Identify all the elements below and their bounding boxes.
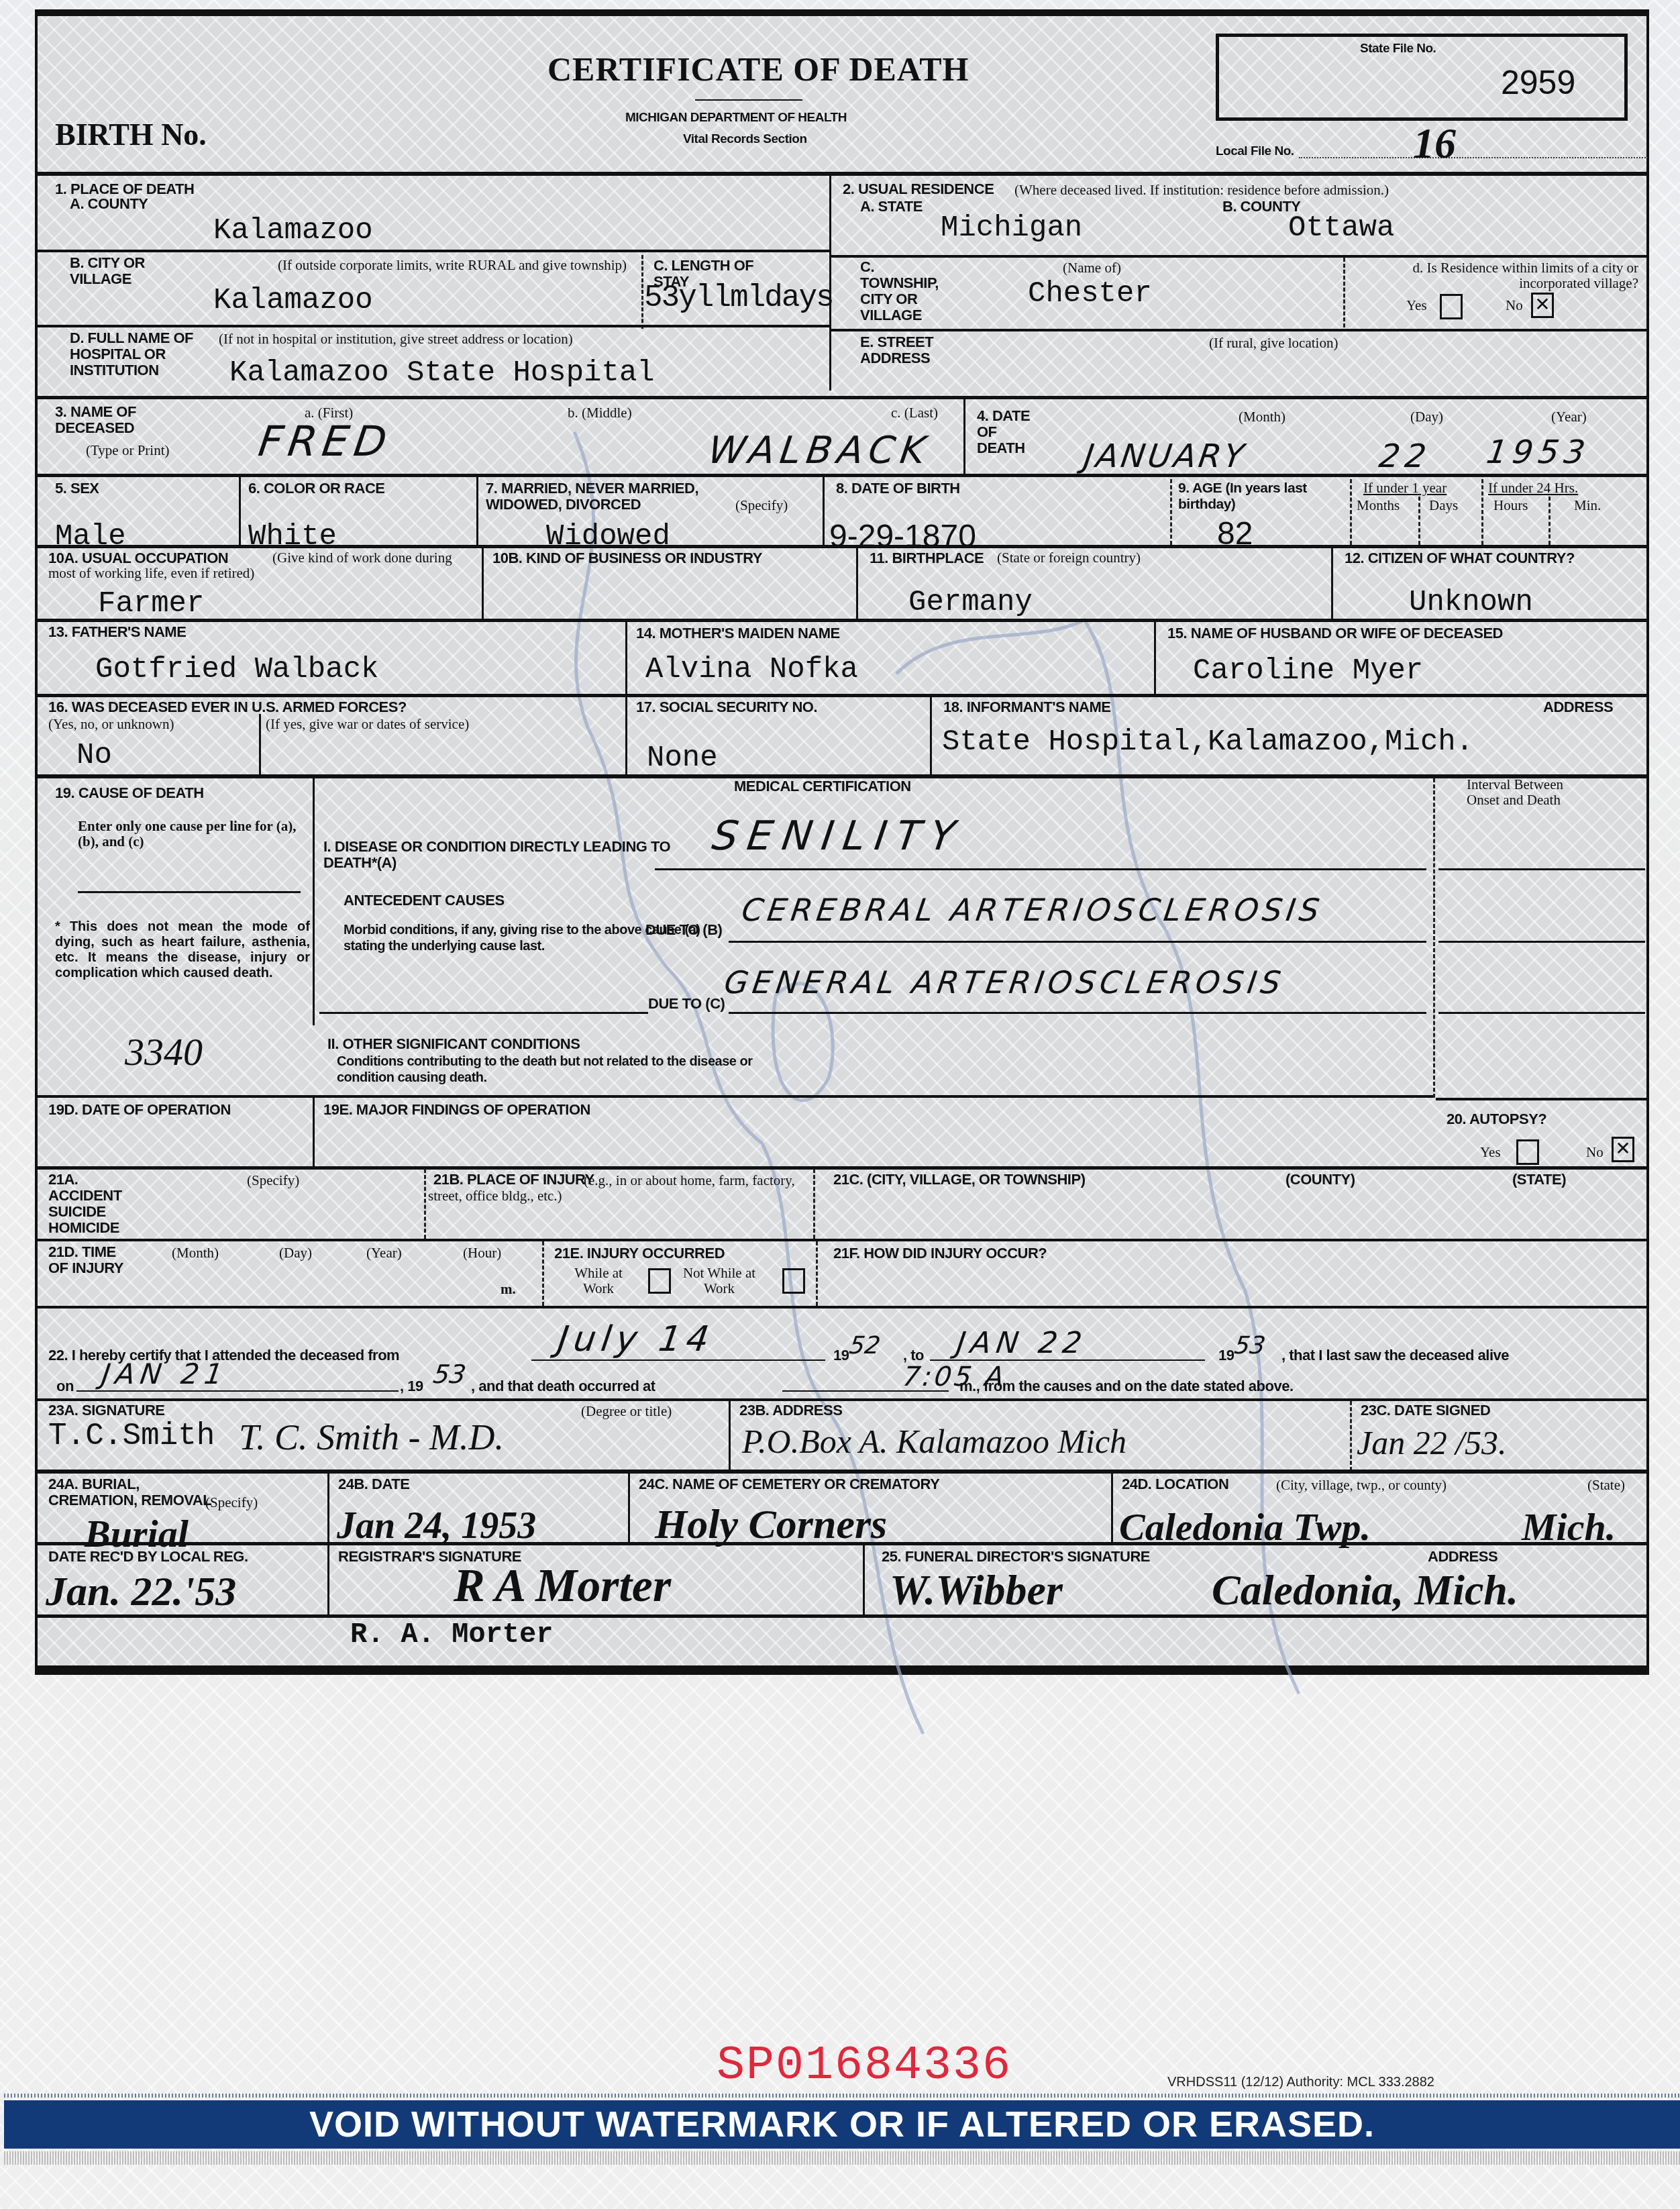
registrar-printed-name: R. A. Morter bbox=[350, 1619, 553, 1651]
divider bbox=[38, 250, 829, 252]
on-label: on bbox=[56, 1378, 74, 1394]
state-file-box: State File No. 2959 bbox=[1216, 34, 1628, 121]
divider bbox=[823, 476, 825, 545]
residence-county-value: Ottawa bbox=[1288, 212, 1394, 244]
burial-location-label: 24d. LOCATION bbox=[1122, 1476, 1228, 1492]
occupation-value: Farmer bbox=[98, 588, 204, 620]
hospital-label: d. FULL NAME OF HOSPITAL OR INSTITUTION bbox=[70, 330, 211, 378]
divider bbox=[856, 548, 858, 619]
cause-b-value: CEREBRAL ARTERIOSCLEROSIS bbox=[739, 891, 1326, 929]
injury-city-label: 21c. (CITY, VILLAGE, OR TOWNSHIP) bbox=[833, 1172, 1085, 1188]
divider bbox=[38, 619, 1646, 622]
title-underline bbox=[695, 99, 802, 101]
usual-residence-note: (Where deceased lived. If institution: r… bbox=[1014, 183, 1389, 198]
cause-c-value: GENERAL ARTERIOSCLEROSIS bbox=[722, 964, 1287, 1001]
dod-month-value: JANUARY bbox=[1082, 438, 1249, 475]
divider bbox=[963, 399, 965, 474]
divider bbox=[38, 1398, 1646, 1401]
date-of-birth-label: 8. DATE OF BIRTH bbox=[836, 480, 960, 497]
divider bbox=[38, 1614, 1646, 1618]
cause-c-line bbox=[729, 1012, 1426, 1014]
interval-label: Interval Between Onset and Death bbox=[1467, 777, 1587, 808]
birthplace-note: (State or foreign country) bbox=[997, 550, 1141, 566]
divider bbox=[38, 325, 829, 327]
department-name: MICHIGAN DEPARTMENT OF HEALTH bbox=[625, 110, 847, 126]
citizen-label: 12. CITIZEN OF WHAT COUNTRY? bbox=[1345, 550, 1575, 566]
divider bbox=[38, 1095, 1433, 1098]
divider bbox=[38, 694, 1646, 697]
signature-label: 23a. SIGNATURE bbox=[48, 1402, 165, 1419]
divider bbox=[641, 255, 643, 329]
months-label: Months bbox=[1357, 498, 1400, 513]
physician-signature: T. C. Smith - M.D. bbox=[239, 1417, 504, 1457]
spouse-name-label: 15. NAME OF HUSBAND OR WIFE OF DECEASED bbox=[1167, 625, 1503, 641]
registrar-signature: R A Morter bbox=[454, 1566, 671, 1606]
divider bbox=[38, 1470, 1646, 1474]
birthplace-label: 11. BIRTHPLACE bbox=[870, 550, 984, 566]
divider bbox=[829, 329, 1646, 331]
autopsy-no-checkbox[interactable]: ✕ bbox=[1612, 1137, 1634, 1162]
divider bbox=[729, 1401, 731, 1471]
accident-specify-note: (Specify) bbox=[247, 1173, 299, 1188]
divider bbox=[1343, 258, 1345, 327]
informant-name-label: 18. INFORMANT'S NAME bbox=[943, 699, 1110, 715]
from-date-line bbox=[531, 1359, 825, 1361]
cemetery-label: 24c. NAME OF CEMETERY OR CREMATORY bbox=[639, 1476, 939, 1492]
under-24-hrs-label: If under 24 Hrs. bbox=[1488, 480, 1578, 496]
burial-date-label: 24b. DATE bbox=[338, 1476, 409, 1492]
section-name: Vital Records Section bbox=[683, 132, 807, 148]
divider bbox=[38, 1542, 1646, 1545]
funeral-address-label: ADDRESS bbox=[1428, 1549, 1498, 1565]
divider bbox=[628, 1472, 630, 1542]
not-while-at-work-label: Not While at Work bbox=[679, 1266, 759, 1296]
to-year-value: 53 bbox=[1232, 1327, 1268, 1365]
cause-c-leader-line bbox=[319, 1012, 648, 1014]
degree-title-label: (Degree or title) bbox=[581, 1404, 672, 1419]
divider bbox=[259, 714, 261, 776]
due-to-c-label: DUE TO (c) bbox=[648, 996, 725, 1012]
divider bbox=[1170, 479, 1172, 545]
burial-location-value: Caledonia Twp. bbox=[1119, 1507, 1371, 1547]
interval-b-line bbox=[1438, 941, 1645, 943]
funeral-address-value: Caledonia, Mich. bbox=[1212, 1570, 1518, 1610]
place-of-injury-note: (e.g., in or about home, farm, factory, … bbox=[428, 1173, 804, 1204]
divider bbox=[38, 474, 1646, 477]
divider bbox=[1350, 1401, 1352, 1471]
informant-value: State Hospital,Kalamazoo,Mich. bbox=[942, 726, 1473, 758]
other-conditions-note: Conditions contributing to the death but… bbox=[337, 1054, 793, 1086]
under-1-year-label: If under 1 year bbox=[1363, 480, 1447, 496]
divider bbox=[863, 1545, 865, 1614]
race-label: 6. COLOR OR RACE bbox=[248, 480, 384, 497]
last-name-label: c. (Last) bbox=[891, 405, 938, 421]
divider bbox=[327, 1545, 329, 1614]
medical-certification-heading: MEDICAL CERTIFICATION bbox=[734, 778, 911, 794]
divider bbox=[930, 697, 932, 776]
cause-b-line bbox=[729, 941, 1426, 943]
microprint-line bbox=[4, 2151, 1680, 2165]
injury-month-label: (Month) bbox=[172, 1245, 219, 1261]
while-at-work-checkbox[interactable] bbox=[648, 1268, 671, 1294]
form-authority-number: VRHDSS11 (12/12) Authority: MCL 333.2882 bbox=[1167, 2075, 1434, 2090]
divider bbox=[1433, 778, 1435, 1098]
last-seen-value: JAN 21 bbox=[99, 1355, 230, 1393]
township-value: Chester bbox=[1028, 278, 1152, 310]
time-of-injury-label: 21d. TIME OF INJURY bbox=[48, 1244, 129, 1276]
autopsy-yes-label: Yes bbox=[1480, 1145, 1501, 1160]
last-seen-year-value: 53 bbox=[431, 1355, 468, 1393]
divider bbox=[38, 545, 1646, 548]
residence-state-value: Michigan bbox=[941, 212, 1082, 244]
cause-of-death-label: 19. CAUSE OF DEATH bbox=[55, 785, 204, 801]
antecedent-causes-label: ANTECEDENT CAUSES bbox=[344, 892, 505, 909]
divider bbox=[239, 476, 241, 545]
street-address-note: (If rural, give location) bbox=[1209, 336, 1338, 351]
last-seen-year-prefix: , 19 bbox=[400, 1378, 423, 1394]
mother-name-label: 14. MOTHER'S MAIDEN NAME bbox=[636, 625, 840, 641]
injury-county-label: (COUNTY) bbox=[1285, 1172, 1355, 1188]
within-limits-yes-checkbox[interactable] bbox=[1440, 294, 1463, 319]
local-file-label: Local File No. bbox=[1216, 144, 1294, 160]
divider bbox=[38, 396, 1646, 399]
operation-findings-label: 19e. MAJOR FINDINGS OF OPERATION bbox=[323, 1102, 590, 1118]
armed-forces-value: No bbox=[76, 739, 112, 772]
divider bbox=[1331, 548, 1333, 619]
deceased-name-label: 3. NAME OF DECEASED bbox=[55, 404, 156, 436]
cause-footnote: * This does not mean the mode of dying, … bbox=[55, 919, 310, 981]
days-label: Days bbox=[1429, 498, 1458, 513]
last-name-value: WALBACK bbox=[706, 432, 933, 470]
cause-i-label: I. DISEASE OR CONDITION DIRECTLY LEADING… bbox=[323, 839, 699, 871]
hospital-value: Kalamazoo State Hospital bbox=[229, 357, 655, 389]
autopsy-yes-checkbox[interactable] bbox=[1516, 1139, 1539, 1165]
injury-day-label: (Day) bbox=[279, 1245, 312, 1261]
cause-instruction: Enter only one cause per line for (a), (… bbox=[78, 819, 306, 850]
armed-forces-yn-note: (Yes, no, or unknown) bbox=[48, 717, 174, 732]
divider bbox=[1436, 1098, 1646, 1100]
within-limits-no-label: No bbox=[1506, 298, 1523, 313]
middle-name-label: b. (Middle) bbox=[568, 405, 632, 421]
state-file-label: State File No. bbox=[1360, 41, 1436, 57]
informant-address-label: ADDRESS bbox=[1543, 699, 1613, 715]
dod-year-label: (Year) bbox=[1551, 409, 1587, 425]
divider bbox=[829, 255, 1646, 258]
accident-label: 21a. ACCIDENT SUICIDE HOMICIDE bbox=[48, 1172, 149, 1236]
date-signed-value: Jan 22 /53. bbox=[1357, 1423, 1507, 1463]
township-label: c. TOWNSHIP, CITY OR VILLAGE bbox=[860, 259, 947, 323]
dod-day-value: 22 bbox=[1377, 438, 1434, 475]
burial-location-state-label: (State) bbox=[1587, 1478, 1625, 1493]
deceased-name-note: (Type or Print) bbox=[86, 443, 170, 458]
dod-month-label: (Month) bbox=[1239, 409, 1285, 425]
injury-m-label: m. bbox=[501, 1282, 516, 1297]
divider bbox=[1111, 1472, 1113, 1542]
certificate-paper: BIRTH No. CERTIFICATE OF DEATH MICHIGAN … bbox=[0, 0, 1680, 2209]
father-name-label: 13. FATHER'S NAME bbox=[48, 624, 186, 640]
city-note: (If outside corporate limits, write RURA… bbox=[137, 258, 627, 273]
dod-day-label: (Day) bbox=[1410, 409, 1443, 425]
interval-c-line bbox=[1438, 1012, 1645, 1014]
to-date-value: JAN 22 bbox=[954, 1325, 1090, 1362]
interval-a-line bbox=[1438, 868, 1645, 870]
divider bbox=[1154, 621, 1156, 694]
autopsy-label: 20. AUTOPSY? bbox=[1447, 1111, 1546, 1127]
divider bbox=[542, 1241, 544, 1306]
mother-name-value: Alvina Nofka bbox=[645, 654, 858, 686]
first-name-value: FRED bbox=[256, 423, 395, 460]
ssn-value: None bbox=[647, 742, 718, 774]
armed-forces-war-note: (If yes, give war or dates of service) bbox=[266, 717, 469, 732]
death-occurred-at-label: , and that death occurred at bbox=[471, 1378, 655, 1394]
township-note: (Name of) bbox=[1063, 260, 1121, 276]
divider bbox=[327, 1472, 329, 1542]
divider bbox=[476, 476, 478, 545]
hospital-note: (If not in hospital or institution, give… bbox=[219, 331, 573, 347]
microprint-line bbox=[4, 2094, 1680, 2098]
place-county-value: Kalamazoo bbox=[213, 215, 373, 247]
residence-state-label: a. STATE bbox=[860, 199, 923, 215]
divider bbox=[78, 891, 301, 893]
date-of-death-label: 4. DATE OF DEATH bbox=[977, 408, 1031, 456]
while-at-work-label: While at Work bbox=[558, 1266, 639, 1296]
not-while-at-work-checkbox[interactable] bbox=[782, 1268, 805, 1294]
due-to-b-label: DUE TO (b) bbox=[645, 922, 722, 938]
burial-method-note: (Specify) bbox=[205, 1495, 258, 1510]
certify-text-2: , that I last saw the deceased alive bbox=[1281, 1347, 1509, 1364]
divider bbox=[38, 1306, 1646, 1308]
county-label: a. COUNTY bbox=[70, 196, 148, 212]
divider bbox=[313, 778, 315, 1025]
other-conditions-label: II. OTHER SIGNIFICANT CONDITIONS bbox=[327, 1036, 580, 1052]
operation-date-label: 19d. DATE OF OPERATION bbox=[48, 1102, 231, 1118]
divider bbox=[1481, 479, 1483, 545]
within-limits-label: d. Is Residence within limits of a city … bbox=[1350, 260, 1638, 291]
certify-text-3: m., from the causes and on the date stat… bbox=[959, 1378, 1294, 1394]
dod-year-value: 1953 bbox=[1484, 433, 1593, 471]
physician-typed-name: T.C.Smith bbox=[48, 1420, 215, 1452]
from-year-value: 52 bbox=[847, 1327, 883, 1365]
void-notice-banner: VOID WITHOUT WATERMARK OR IF ALTERED OR … bbox=[4, 2100, 1680, 2149]
father-name-value: Gotfried Walback bbox=[95, 654, 378, 686]
cause-code: 3340 bbox=[125, 1032, 203, 1072]
funeral-director-signature: W.Wibber bbox=[890, 1570, 1063, 1610]
divider bbox=[482, 548, 484, 619]
citizen-value: Unknown bbox=[1409, 586, 1533, 619]
physician-address-value: P.O.Box A. Kalamazoo Mich bbox=[742, 1421, 1126, 1461]
date-received-label: DATE REC'D BY LOCAL REG. bbox=[48, 1549, 248, 1565]
local-file-number: 16 bbox=[1413, 123, 1456, 164]
local-file-line bbox=[1299, 157, 1648, 158]
cause-a-value: SENILITY bbox=[710, 817, 967, 855]
marital-status-label: 7. MARRIED, NEVER MARRIED, WIDOWED, DIVO… bbox=[486, 480, 774, 513]
from-date-value: July 14 bbox=[556, 1321, 717, 1358]
spouse-name-value: Caroline Myer bbox=[1193, 655, 1423, 687]
state-file-number: 2959 bbox=[1501, 66, 1575, 99]
age-label: 9. AGE (In years last birthday) bbox=[1178, 480, 1326, 513]
divider bbox=[38, 172, 1646, 176]
burial-date-value: Jan 24, 1953 bbox=[337, 1506, 536, 1546]
funeral-director-label: 25. FUNERAL DIRECTOR'S SIGNATURE bbox=[882, 1549, 1150, 1565]
burial-location-note: (City, village, twp., or county) bbox=[1276, 1478, 1447, 1493]
security-serial-number: SP01684336 bbox=[717, 2040, 1012, 2093]
divider bbox=[1350, 479, 1352, 545]
cause-a-line bbox=[655, 868, 1426, 870]
divider bbox=[38, 1239, 1646, 1241]
how-injury-label: 21f. HOW DID INJURY OCCUR? bbox=[833, 1245, 1047, 1262]
divider bbox=[1548, 497, 1551, 545]
autopsy-no-label: No bbox=[1586, 1145, 1604, 1160]
hours-label: Hours bbox=[1493, 498, 1528, 513]
marital-status-note: (Specify) bbox=[735, 498, 788, 513]
death-certificate-form: BIRTH No. CERTIFICATE OF DEATH MICHIGAN … bbox=[35, 9, 1649, 1675]
armed-forces-label: 16. WAS DECEASED EVER IN U.S. ARMED FORC… bbox=[48, 699, 407, 715]
injury-year-label: (Year) bbox=[366, 1245, 402, 1261]
injury-occurred-label: 21e. INJURY OCCURRED bbox=[554, 1245, 725, 1262]
physician-address-label: 23b. ADDRESS bbox=[739, 1402, 842, 1419]
place-city-value: Kalamazoo bbox=[213, 285, 373, 317]
industry-label: 10b. KIND OF BUSINESS OR INDUSTRY bbox=[492, 550, 762, 566]
sex-label: 5. SEX bbox=[55, 480, 99, 497]
street-address-label: e. STREET ADDRESS bbox=[860, 334, 954, 366]
date-received-value: Jan. 22.'53 bbox=[46, 1572, 236, 1612]
injury-state-label: (STATE) bbox=[1512, 1172, 1566, 1188]
date-signed-label: 23c. DATE SIGNED bbox=[1361, 1402, 1490, 1419]
within-limits-no-checkbox[interactable]: ✕ bbox=[1531, 293, 1554, 318]
divider bbox=[816, 1241, 818, 1306]
length-of-stay-value: 53yllmldays bbox=[644, 282, 833, 314]
injury-hour-label: (Hour) bbox=[463, 1245, 501, 1261]
divider bbox=[424, 1169, 426, 1239]
divider bbox=[38, 1166, 1646, 1170]
certificate-title: CERTIFICATE OF DEATH bbox=[547, 50, 969, 89]
usual-residence-label: 2. USUAL RESIDENCE bbox=[843, 181, 994, 197]
birthplace-value: Germany bbox=[908, 586, 1033, 619]
burial-location-state-value: Mich. bbox=[1522, 1507, 1616, 1547]
burial-method-label: 24a. BURIAL, CREMATION, REMOVAL bbox=[48, 1476, 223, 1508]
occupation-note: (Give kind of work done during most of w… bbox=[48, 550, 478, 581]
divider bbox=[625, 697, 627, 776]
divider bbox=[813, 1169, 815, 1239]
cemetery-value: Holy Corners bbox=[655, 1504, 887, 1545]
ssn-label: 17. SOCIAL SECURITY NO. bbox=[636, 699, 817, 715]
within-limits-yes-label: Yes bbox=[1406, 298, 1427, 313]
min-label: Min. bbox=[1574, 498, 1601, 513]
divider bbox=[625, 621, 627, 694]
divider bbox=[1418, 497, 1420, 545]
divider bbox=[313, 1096, 315, 1166]
birth-no-label: BIRTH No. bbox=[55, 117, 207, 152]
